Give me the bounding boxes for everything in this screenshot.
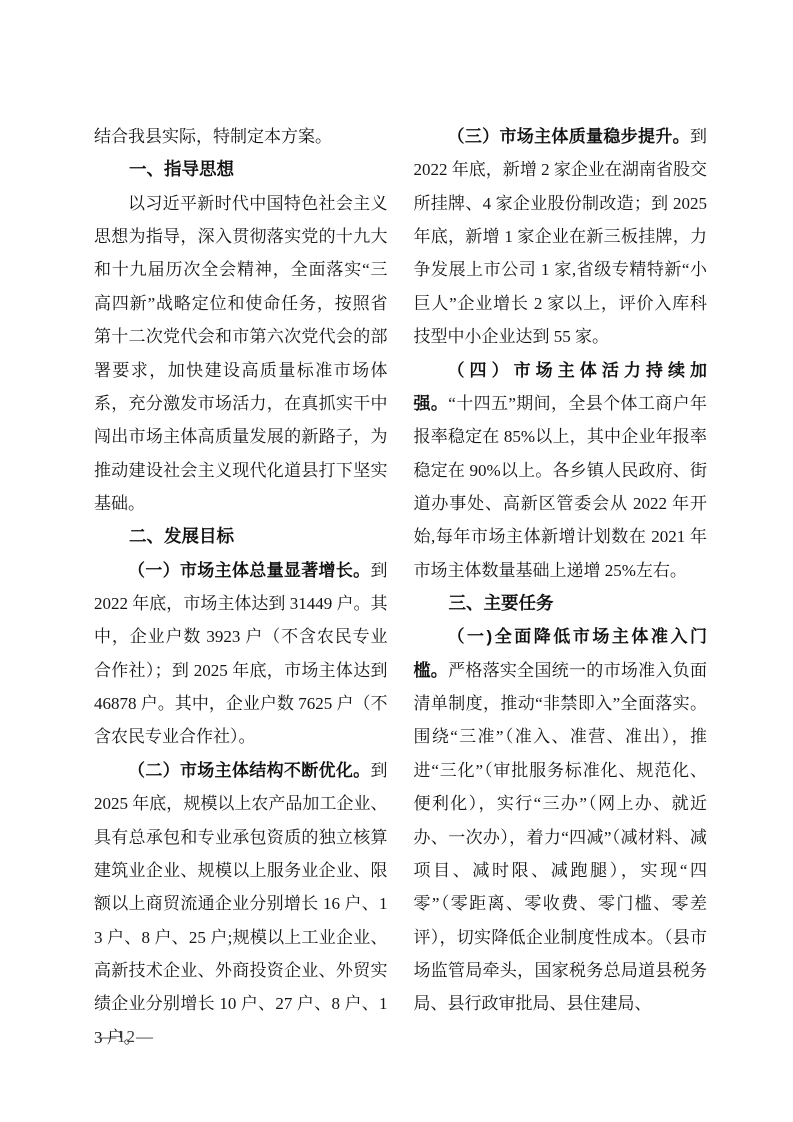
section-heading-guiding-ideology: 一、指导思想 [94, 153, 388, 186]
heading-text: 一、指导思想 [129, 159, 234, 179]
paragraph-goal-2-structure-optimization: （二）市场主体结构不断优化。到 2025 年底，规模以上农产品加工企业、具有总承… [94, 754, 388, 1054]
right-column: （三）市场主体质量稳步提升。到 2022 年底，新增 2 家企业在湖南省股交所挂… [414, 120, 708, 1054]
paragraph-goal-4-vitality-strengthening: （四）市场主体活力持续加强。“十四五”期间，全县个体工商户年报率稳定在 85%以… [414, 354, 708, 588]
paragraph-task-1-lower-entry-threshold: （一)全面降低市场主体准入门槛。严格落实全国统一的市场准入负面清单制度，推动“非… [414, 620, 708, 1020]
paragraph-text: 结合我县实际，特制定本方案。 [94, 127, 332, 146]
section-heading-development-goals: 二、发展目标 [94, 520, 388, 553]
paragraph-text: 到 2022 年底，新增 2 家企业在湖南省股交所挂牌、4 家企业股份制改造；到… [414, 127, 708, 346]
page-number-text: —12— [99, 1027, 154, 1046]
paragraph-text: 严格落实全国统一的市场准入负面清单制度，推动“非禁即入”全面落实。围绕“三准”（… [414, 661, 708, 1014]
paragraph-lead-bold: （三）市场主体质量稳步提升。 [448, 127, 691, 146]
paragraph-text: “十四五”期间，全县个体工商户年报率稳定在 85%以上，其中企业年报率稳定在 9… [414, 394, 708, 580]
paragraph-text: 到 2022 年底，市场主体达到 31449 户。其中，企业户数 3923 户（… [94, 561, 388, 747]
page-number: —12— [99, 1026, 154, 1048]
left-column: 结合我县实际，特制定本方案。 一、指导思想 以习近平新时代中国特色社会主义思想为… [94, 120, 388, 1054]
heading-text: 三、主要任务 [449, 593, 554, 613]
page-body: 结合我县实际，特制定本方案。 一、指导思想 以习近平新时代中国特色社会主义思想为… [94, 120, 707, 1054]
paragraph-guiding-ideology: 以习近平新时代中国特色社会主义思想为指导，深入贯彻落实党的十九大和十九届历次全会… [94, 187, 388, 521]
document-page: 结合我县实际，特制定本方案。 一、指导思想 以习近平新时代中国特色社会主义思想为… [0, 0, 793, 1122]
paragraph-text: 到 2025 年底，规模以上农产品加工企业、具有总承包和专业承包资质的独立核算建… [94, 761, 388, 1047]
section-heading-main-tasks: 三、主要任务 [414, 587, 708, 620]
heading-text: 二、发展目标 [129, 526, 234, 546]
paragraph-lead-bold: （二）市场主体结构不断优化。 [128, 761, 371, 780]
paragraph-lead-bold: （一）市场主体总量显著增长。 [128, 561, 371, 580]
paragraph-intro-continuation: 结合我县实际，特制定本方案。 [94, 120, 388, 153]
paragraph-goal-3-quality-improvement: （三）市场主体质量稳步提升。到 2022 年底，新增 2 家企业在湖南省股交所挂… [414, 120, 708, 354]
paragraph-goal-1-total-growth: （一）市场主体总量显著增长。到 2022 年底，市场主体达到 31449 户。其… [94, 554, 388, 754]
paragraph-text: 以习近平新时代中国特色社会主义思想为指导，深入贯彻落实党的十九大和十九届历次全会… [94, 194, 388, 513]
